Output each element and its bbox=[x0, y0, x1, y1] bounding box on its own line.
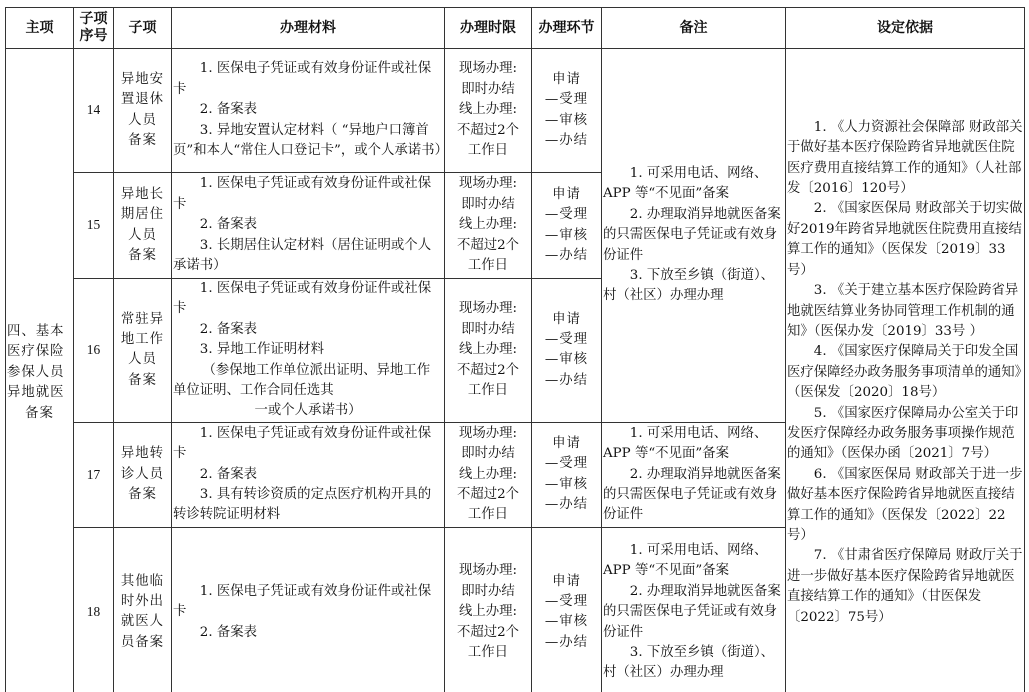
steps-cell: 申请 —受理 —审核 —办结 bbox=[532, 422, 602, 527]
time-limit-line: 线上办理: bbox=[446, 602, 530, 622]
step-line: —受理 bbox=[533, 454, 600, 474]
step-line: —办结 bbox=[533, 371, 600, 391]
main-item-cell: 四、基本 医疗保险 参保人员 异地就医 备案 bbox=[6, 49, 74, 692]
time-limit-cell: 现场办理: 即时办结 线上办理: 不超过2个 工作日 bbox=[445, 279, 532, 423]
step-line: —办结 bbox=[533, 633, 600, 653]
basis-cell: 1. 《人力资源社会保障部 财政部关于做好基本医疗保险跨省异地就医住院医疗费用直… bbox=[786, 49, 1025, 692]
notes-cell-18: 1. 可采用电话、网络、APP 等“不见面”备案 2. 办理取消异地就医备案的只… bbox=[602, 527, 786, 692]
sub-item-line: 其他临 bbox=[115, 572, 170, 592]
note-item: 1. 可采用电话、网络、APP 等“不见面”备案 bbox=[603, 164, 784, 205]
time-limit-cell: 现场办理: 即时办结 线上办理: 不超过2个 工作日 bbox=[445, 49, 532, 173]
steps-cell: 申请 —受理 —审核 —办结 bbox=[532, 527, 602, 692]
step-line: —审核 bbox=[533, 226, 600, 246]
time-limit-line: 即时办结 bbox=[446, 195, 530, 215]
header-time-limit: 办理时限 bbox=[445, 8, 532, 49]
header-main-item: 主项 bbox=[6, 8, 74, 49]
notes-cell-17: 1. 可采用电话、网络、APP 等“不见面”备案 2. 办理取消异地就医备案的只… bbox=[602, 422, 786, 527]
filing-items-table: 主项 子项 序号 子项 办理材料 办理时限 办理环节 备注 设定依据 四、基本 … bbox=[5, 7, 1025, 692]
sub-item-line: 备案 bbox=[115, 131, 170, 151]
header-materials: 办理材料 bbox=[172, 8, 445, 49]
materials-cell: 1. 医保电子凭证或有效身份证件或社保卡 2. 备案表 3. 具有转诊资质的定点… bbox=[172, 422, 445, 527]
header-seq-line1: 子项 bbox=[75, 11, 112, 28]
time-limit-line: 不超过2个 bbox=[446, 236, 530, 256]
seq-cell: 14 bbox=[74, 49, 114, 173]
time-limit-line: 现场办理: bbox=[446, 424, 530, 444]
sub-item-line: 地工作 bbox=[115, 330, 170, 350]
main-item-line: 医疗保险 bbox=[7, 342, 72, 362]
time-limit-line: 线上办理: bbox=[446, 100, 530, 120]
time-limit-line: 现场办理: bbox=[446, 299, 530, 319]
time-limit-line: 即时办结 bbox=[446, 80, 530, 100]
materials-cell: 1. 医保电子凭证或有效身份证件或社保卡 2. 备案表 3. 长期居住认定材料（… bbox=[172, 173, 445, 279]
sub-item-cell: 异地转 诊人员 备案 bbox=[114, 422, 172, 527]
materials-cell: 1. 医保电子凭证或有效身份证件或社保卡 2. 备案表 bbox=[172, 527, 445, 692]
basis-item: 3. 《关于建立基本医疗保险跨省异地就医结算业务协同管理工作机制的通知》（医保办… bbox=[787, 281, 1023, 342]
header-seq: 子项 序号 bbox=[74, 8, 114, 49]
material-item: 3. 异地工作证明材料 bbox=[173, 340, 443, 360]
sub-item-line: 期居住 bbox=[115, 205, 170, 225]
sub-item-line: 诊人员 bbox=[115, 465, 170, 485]
table-row: 四、基本 医疗保险 参保人员 异地就医 备案 14 异地安 置退休 人员 备案 … bbox=[6, 49, 1025, 173]
note-item: 3. 下放至乡镇（街道）、村（社区）办理办理 bbox=[603, 266, 784, 307]
step-line: 申请 bbox=[533, 70, 600, 90]
steps-cell: 申请 —受理 —审核 —办结 bbox=[532, 173, 602, 279]
time-limit-cell: 现场办理: 即时办结 线上办理: 不超过2个 工作日 bbox=[445, 173, 532, 279]
time-limit-line: 工作日 bbox=[446, 141, 530, 161]
sub-item-line: 人员 bbox=[115, 226, 170, 246]
time-limit-line: 线上办理: bbox=[446, 340, 530, 360]
sub-item-cell: 异地长 期居住 人员 备案 bbox=[114, 173, 172, 279]
material-item: 1. 医保电子凭证或有效身份证件或社保卡 bbox=[173, 424, 443, 465]
sub-item-line: 异地长 bbox=[115, 185, 170, 205]
basis-item: 2. 《国家医保局 财政部关于切实做好2019年跨省异地就医住院费用直接结算工作… bbox=[787, 199, 1023, 281]
time-limit-line: 不超过2个 bbox=[446, 485, 530, 505]
sub-item-line: 人员 bbox=[115, 350, 170, 370]
time-limit-line: 工作日 bbox=[446, 381, 530, 401]
materials-cell: 1. 医保电子凭证或有效身份证件或社保卡 2. 备案表 3. 异地安置认定材料（… bbox=[172, 49, 445, 173]
time-limit-line: 不超过2个 bbox=[446, 121, 530, 141]
sub-item-line: 时外出 bbox=[115, 592, 170, 612]
materials-cell: 1. 医保电子凭证或有效身份证件或社保卡 2. 备案表 3. 异地工作证明材料 … bbox=[172, 279, 445, 423]
basis-item: 6. 《国家医保局 财政部关于进一步做好基本医疗保险跨省异地就医直接结算工作的通… bbox=[787, 465, 1023, 547]
time-limit-line: 不超过2个 bbox=[446, 361, 530, 381]
sub-item-cell: 其他临 时外出 就医人 员备案 bbox=[114, 527, 172, 692]
material-item: 1. 医保电子凭证或有效身份证件或社保卡 bbox=[173, 279, 443, 320]
material-item: 3. 具有转诊资质的定点医疗机构开具的转诊转院证明材料 bbox=[173, 485, 443, 526]
time-limit-line: 即时办结 bbox=[446, 582, 530, 602]
note-item: 2. 办理取消异地就医备案的只需医保电子凭证或有效身份证件 bbox=[603, 205, 784, 266]
sub-item-line: 常驻异 bbox=[115, 310, 170, 330]
steps-cell: 申请 —受理 —审核 —办结 bbox=[532, 279, 602, 423]
header-basis: 设定依据 bbox=[786, 8, 1025, 49]
step-line: 申请 bbox=[533, 434, 600, 454]
material-item: 1. 医保电子凭证或有效身份证件或社保卡 bbox=[173, 59, 443, 100]
sub-item-cell: 异地安 置退休 人员 备案 bbox=[114, 49, 172, 173]
material-item: 2. 备案表 bbox=[173, 215, 443, 235]
time-limit-line: 现场办理: bbox=[446, 174, 530, 194]
time-limit-line: 现场办理: bbox=[446, 59, 530, 79]
material-item: 一或个人承诺书） bbox=[173, 401, 443, 421]
sub-item-line: 备案 bbox=[115, 371, 170, 391]
time-limit-line: 工作日 bbox=[446, 643, 530, 663]
note-item: 3. 下放至乡镇（街道）、村（社区）办理办理 bbox=[603, 643, 784, 684]
main-item-line: 四、基本 bbox=[7, 322, 72, 342]
step-line: —办结 bbox=[533, 131, 600, 151]
step-line: —受理 bbox=[533, 205, 600, 225]
time-limit-line: 即时办结 bbox=[446, 444, 530, 464]
header-seq-line2: 序号 bbox=[75, 28, 112, 45]
material-item: 3. 异地安置认定材料（ “异地户口簿首页”和本人“常住人口登记卡”，或个人承诺… bbox=[173, 121, 443, 162]
header-row: 主项 子项 序号 子项 办理材料 办理时限 办理环节 备注 设定依据 bbox=[6, 8, 1025, 49]
seq-cell: 15 bbox=[74, 173, 114, 279]
step-line: —受理 bbox=[533, 90, 600, 110]
basis-item: 4. 《国家医疗保障局关于印发全国医疗保障经办政务服务事项清单的通知》（医保发〔… bbox=[787, 342, 1023, 403]
material-item: （参保地工作单位派出证明、异地工作单位证明、工作合同任选其 bbox=[173, 361, 443, 402]
step-line: —审核 bbox=[533, 350, 600, 370]
header-steps: 办理环节 bbox=[532, 8, 602, 49]
sub-item-line: 备案 bbox=[115, 485, 170, 505]
material-item: 2. 备案表 bbox=[173, 100, 443, 120]
step-line: —审核 bbox=[533, 475, 600, 495]
time-limit-line: 现场办理: bbox=[446, 561, 530, 581]
sub-item-line: 人员 bbox=[115, 111, 170, 131]
step-line: 申请 bbox=[533, 310, 600, 330]
time-limit-cell: 现场办理: 即时办结 线上办理: 不超过2个 工作日 bbox=[445, 527, 532, 692]
note-item: 1. 可采用电话、网络、APP 等“不见面”备案 bbox=[603, 424, 784, 465]
seq-cell: 17 bbox=[74, 422, 114, 527]
steps-cell: 申请 —受理 —审核 —办结 bbox=[532, 49, 602, 173]
step-line: 申请 bbox=[533, 185, 600, 205]
sub-item-line: 异地转 bbox=[115, 444, 170, 464]
notes-cell-14-16: 1. 可采用电话、网络、APP 等“不见面”备案 2. 办理取消异地就医备案的只… bbox=[602, 49, 786, 423]
sub-item-line: 员备案 bbox=[115, 633, 170, 653]
step-line: —受理 bbox=[533, 592, 600, 612]
material-item: 1. 医保电子凭证或有效身份证件或社保卡 bbox=[173, 174, 443, 215]
time-limit-line: 即时办结 bbox=[446, 320, 530, 340]
note-item: 2. 办理取消异地就医备案的只需医保电子凭证或有效身份证件 bbox=[603, 582, 784, 643]
main-item-line: 备案 bbox=[7, 404, 72, 424]
step-line: —办结 bbox=[533, 246, 600, 266]
sub-item-cell: 常驻异 地工作 人员 备案 bbox=[114, 279, 172, 423]
sub-item-line: 就医人 bbox=[115, 612, 170, 632]
basis-item: 5. 《国家医疗保障局办公室关于印发医疗保障经办政务服务事项操作规范的通知》（医… bbox=[787, 404, 1023, 465]
material-item: 2. 备案表 bbox=[173, 465, 443, 485]
basis-item: 1. 《人力资源社会保障部 财政部关于做好基本医疗保险跨省异地就医住院医疗费用直… bbox=[787, 118, 1023, 200]
step-line: —受理 bbox=[533, 330, 600, 350]
step-line: —审核 bbox=[533, 111, 600, 131]
seq-cell: 18 bbox=[74, 527, 114, 692]
step-line: 申请 bbox=[533, 572, 600, 592]
material-item: 3. 长期居住认定材料（居住证明或个人承诺书） bbox=[173, 236, 443, 277]
header-notes: 备注 bbox=[602, 8, 786, 49]
material-item: 1. 医保电子凭证或有效身份证件或社保卡 bbox=[173, 582, 443, 623]
sub-item-line: 置退休 bbox=[115, 90, 170, 110]
time-limit-line: 线上办理: bbox=[446, 215, 530, 235]
sub-item-line: 异地安 bbox=[115, 70, 170, 90]
main-item-line: 异地就医 bbox=[7, 383, 72, 403]
basis-item: 7. 《甘肃省医疗保障局 财政厅关于进一步做好基本医疗保险跨省异地就医直接结算工… bbox=[787, 546, 1023, 628]
sub-item-line: 备案 bbox=[115, 246, 170, 266]
main-item-line: 参保人员 bbox=[7, 363, 72, 383]
time-limit-line: 线上办理: bbox=[446, 465, 530, 485]
time-limit-line: 工作日 bbox=[446, 505, 530, 525]
note-item: 1. 可采用电话、网络、APP 等“不见面”备案 bbox=[603, 541, 784, 582]
time-limit-line: 不超过2个 bbox=[446, 623, 530, 643]
time-limit-cell: 现场办理: 即时办结 线上办理: 不超过2个 工作日 bbox=[445, 422, 532, 527]
material-item: 2. 备案表 bbox=[173, 320, 443, 340]
seq-cell: 16 bbox=[74, 279, 114, 423]
step-line: —审核 bbox=[533, 612, 600, 632]
step-line: —办结 bbox=[533, 495, 600, 515]
time-limit-line: 工作日 bbox=[446, 256, 530, 276]
note-item: 2. 办理取消异地就医备案的只需医保电子凭证或有效身份证件 bbox=[603, 465, 784, 526]
material-item: 2. 备案表 bbox=[173, 623, 443, 643]
header-sub-item: 子项 bbox=[114, 8, 172, 49]
